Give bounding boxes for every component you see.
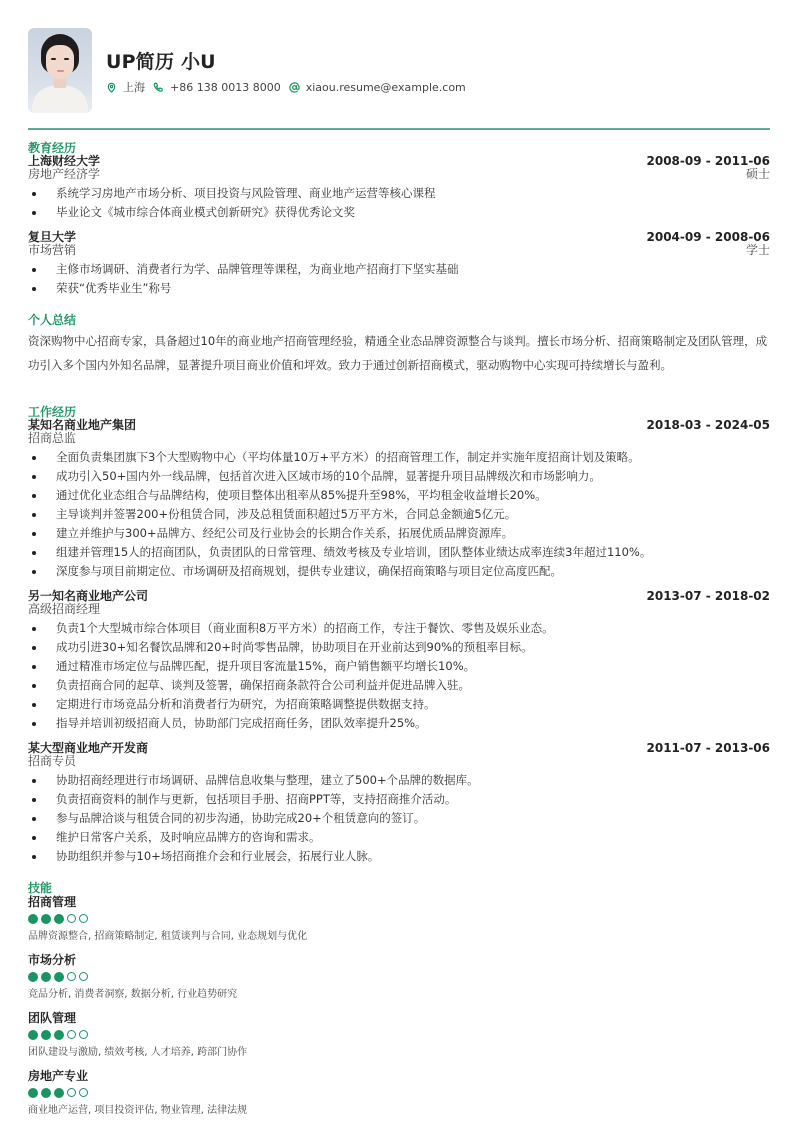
skill-description: 商业地产运营, 项目投资评估, 物业管理, 法律法规 <box>28 1105 770 1117</box>
phone-text: +86 138 0013 8000 <box>170 81 281 94</box>
skill-name: 招商管理 <box>28 895 770 909</box>
contact-location: 上海 <box>106 79 145 95</box>
rating-dot-filled <box>54 914 64 924</box>
work-section: 工作经历 某知名商业地产集团 2018-03 - 2024-05 招商总监 全面… <box>28 406 770 866</box>
bullet-item: 维护日常客户关系，及时响应品牌方的咨询和需求。 <box>28 828 770 847</box>
skill-item: 市场分析 竞品分析, 消费者洞察, 数据分析, 行业趋势研究 <box>28 953 770 1001</box>
education-entry: 复旦大学 2004-09 - 2008-06 市场营销 学士 主修市场调研、消费… <box>28 231 770 298</box>
skill-rating <box>28 972 770 982</box>
at-sign-icon <box>289 82 300 93</box>
work-entry: 某大型商业地产开发商 2011-07 - 2013-06 招商专员 协助招商经理… <box>28 742 770 866</box>
contact-info: 上海 +86 138 0013 8000 xiaou.resume@exampl… <box>106 79 474 95</box>
rating-dot-filled <box>41 1030 51 1040</box>
location-text: 上海 <box>123 79 145 95</box>
degree: 学士 <box>746 244 770 257</box>
rating-dot-filled <box>28 1088 38 1098</box>
bullet-item: 定期进行市场竞品分析和消费者行为研究，为招商策略调整提供数据支持。 <box>28 695 770 714</box>
skill-name: 团队管理 <box>28 1011 770 1025</box>
bullet-item: 负责招商合同的起草、谈判及签署，确保招商条款符合公司利益并促进品牌入驻。 <box>28 676 770 695</box>
work-date: 2018-03 - 2024-05 <box>647 419 771 432</box>
skill-item: 招商管理 品牌资源整合, 招商策略制定, 租赁谈判与合同, 业态规划与优化 <box>28 895 770 943</box>
rating-dot-empty <box>67 972 76 981</box>
bullet-item: 成功引入50+国内外一线品牌，包括首次进入区域市场的10个品牌，显著提升项目品牌… <box>28 467 770 486</box>
contact-email[interactable]: xiaou.resume@example.com <box>289 81 466 94</box>
bullet-item: 深度参与项目前期定位、市场调研及招商规划，提供专业建议，确保招商策略与项目定位高… <box>28 562 770 581</box>
job-title: 招商总监 <box>28 432 76 445</box>
rating-dot-empty <box>79 1088 88 1097</box>
bullet-item: 参与品牌洽谈与租赁合同的初步沟通，协助完成20+个租赁意向的签订。 <box>28 809 770 828</box>
bullet-item: 毕业论文《城市综合体商业模式创新研究》获得优秀论文奖 <box>28 203 770 222</box>
degree: 硕士 <box>746 168 770 181</box>
rating-dot-empty <box>67 1088 76 1097</box>
map-pin-icon <box>106 82 117 93</box>
bullet-item: 全面负责集团旗下3个大型购物中心（平均体量10万+平方米）的招商管理工作，制定并… <box>28 448 770 467</box>
rating-dot-filled <box>54 1030 64 1040</box>
skills-section: 技能 招商管理 品牌资源整合, 招商策略制定, 租赁谈判与合同, 业态规划与优化… <box>28 882 770 1117</box>
work-date: 2013-07 - 2018-02 <box>647 590 771 603</box>
rating-dot-empty <box>79 1030 88 1039</box>
skill-description: 竞品分析, 消费者洞察, 数据分析, 行业趋势研究 <box>28 989 770 1001</box>
education-entry: 上海财经大学 2008-09 - 2011-06 房地产经济学 硕士 系统学习房… <box>28 155 770 222</box>
skill-rating <box>28 1030 770 1040</box>
job-title: 招商专员 <box>28 755 76 768</box>
major: 房地产经济学 <box>28 168 100 181</box>
profile-photo <box>28 28 92 113</box>
skill-rating <box>28 1088 770 1098</box>
bullet-item: 荣获“优秀毕业生”称号 <box>28 279 770 298</box>
rating-dot-filled <box>41 1088 51 1098</box>
skill-description: 品牌资源整合, 招商策略制定, 租赁谈判与合同, 业态规划与优化 <box>28 931 770 943</box>
bullet-item: 指导并培训初级招商人员，协助部门完成招商任务，团队效率提升25%。 <box>28 714 770 733</box>
contact-phone[interactable]: +86 138 0013 8000 <box>153 81 281 94</box>
phone-icon <box>153 82 164 93</box>
rating-dot-empty <box>67 1030 76 1039</box>
bullet-item: 通过优化业态组合与品牌结构，使项目整体出租率从85%提升至98%，平均租金收益增… <box>28 486 770 505</box>
skill-name: 市场分析 <box>28 953 770 967</box>
header-divider <box>28 128 770 130</box>
rating-dot-empty <box>79 914 88 923</box>
rating-dot-filled <box>28 972 38 982</box>
summary-section: 个人总结 资深购物中心招商专家，具备超过10年的商业地产招商管理经验，精通全业态… <box>28 314 770 377</box>
resume-header: UP简历 小U 上海 +86 138 0013 8000 xiaou.resum… <box>28 0 770 129</box>
bullet-item: 通过精准市场定位与品牌匹配，提升项目客流量15%，商户销售额平均增长10%。 <box>28 657 770 676</box>
rating-dot-filled <box>54 1088 64 1098</box>
rating-dot-filled <box>41 972 51 982</box>
skill-item: 房地产专业 商业地产运营, 项目投资评估, 物业管理, 法律法规 <box>28 1069 770 1117</box>
bullet-item: 主导谈判并签署200+份租赁合同，涉及总租赁面积超过5万平方米，合同总金额逾5亿… <box>28 505 770 524</box>
skill-name: 房地产专业 <box>28 1069 770 1083</box>
summary-text: 资深购物中心招商专家，具备超过10年的商业地产招商管理经验，精通全业态品牌资源整… <box>28 329 770 377</box>
bullet-item: 成功引进30+知名餐饮品牌和20+时尚零售品牌，协助项目在开业前达到90%的预租… <box>28 638 770 657</box>
work-date: 2011-07 - 2013-06 <box>647 742 771 755</box>
rating-dot-filled <box>28 1030 38 1040</box>
skill-item: 团队管理 团队建设与激励, 绩效考核, 人才培养, 跨部门协作 <box>28 1011 770 1059</box>
rating-dot-empty <box>67 914 76 923</box>
major: 市场营销 <box>28 244 76 257</box>
rating-dot-empty <box>79 972 88 981</box>
job-title: 高级招商经理 <box>28 603 100 616</box>
bullet-item: 组建并管理15人的招商团队，负责团队的日常管理、绩效考核及专业培训，团队整体业绩… <box>28 543 770 562</box>
rating-dot-filled <box>28 914 38 924</box>
rating-dot-filled <box>54 972 64 982</box>
bullet-item: 主修市场调研、消费者行为学、品牌管理等课程，为商业地产招商打下坚实基础 <box>28 260 770 279</box>
work-entry: 某知名商业地产集团 2018-03 - 2024-05 招商总监 全面负责集团旗… <box>28 419 770 581</box>
email-text: xiaou.resume@example.com <box>306 81 466 94</box>
section-title-summary: 个人总结 <box>28 314 770 327</box>
candidate-name: UP简历 小U <box>106 47 216 74</box>
bullet-item: 系统学习房地产市场分析、项目投资与风险管理、商业地产运营等核心课程 <box>28 184 770 203</box>
skill-description: 团队建设与激励, 绩效考核, 人才培养, 跨部门协作 <box>28 1047 770 1059</box>
bullet-item: 负责招商资料的制作与更新，包括项目手册、招商PPT等，支持招商推介活动。 <box>28 790 770 809</box>
bullet-item: 协助招商经理进行市场调研、品牌信息收集与整理，建立了500+个品牌的数据库。 <box>28 771 770 790</box>
resume-page: UP简历 小U 上海 +86 138 0013 8000 xiaou.resum… <box>28 0 770 129</box>
rating-dot-filled <box>41 914 51 924</box>
bullet-item: 负责1个大型城市综合体项目（商业面积8万平方米）的招商工作，专注于餐饮、零售及娱… <box>28 619 770 638</box>
bullet-item: 协助组织并参与10+场招商推介会和行业展会，拓展行业人脉。 <box>28 847 770 866</box>
education-section: 教育经历 上海财经大学 2008-09 - 2011-06 房地产经济学 硕士 … <box>28 142 770 298</box>
work-entry: 另一知名商业地产公司 2013-07 - 2018-02 高级招商经理 负责1个… <box>28 590 770 733</box>
skill-rating <box>28 914 770 924</box>
section-title-skills: 技能 <box>28 882 770 895</box>
bullet-item: 建立并维护与300+品牌方、经纪公司及行业协会的长期合作关系，拓展优质品牌资源库… <box>28 524 770 543</box>
